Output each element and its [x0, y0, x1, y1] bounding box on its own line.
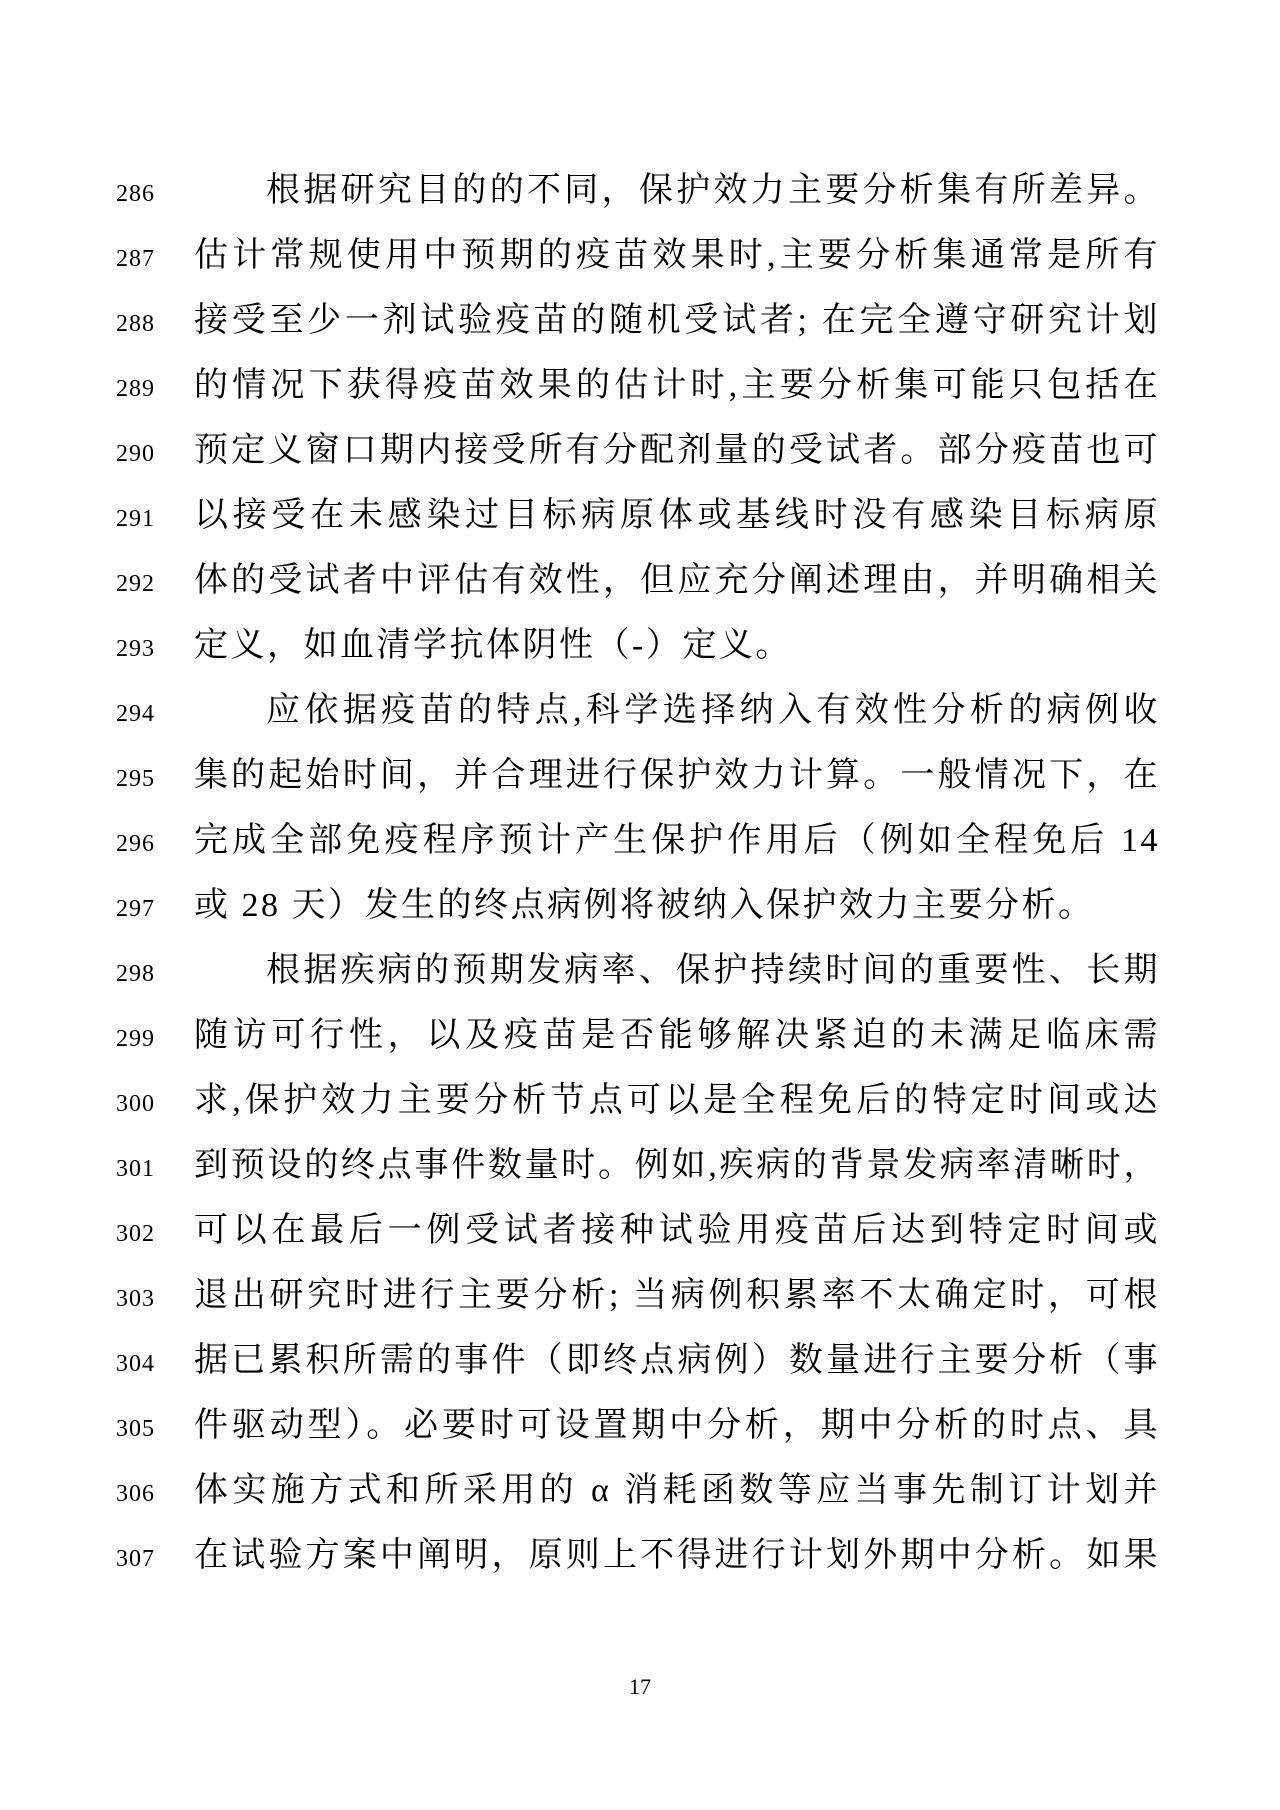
line-number: 294 [0, 682, 194, 747]
text-line: 287 估计常规使用中预期的疫苗效果时,主要分析集通常是所有 [0, 223, 1160, 288]
line-number: 298 [0, 942, 194, 1007]
text-line: 302 可以在最后一例受试者接种试验用疫苗后达到特定时间或 [0, 1198, 1160, 1263]
line-number: 293 [0, 617, 194, 682]
text-line: 293 定义，如血清学抗体阴性（-）定义。 [0, 613, 1160, 678]
line-number: 304 [0, 1332, 194, 1397]
line-text: 件驱动型）。必要时可设置期中分析，期中分析的时点、具 [194, 1393, 1160, 1458]
text-line: 303 退出研究时进行主要分析; 当病例积累率不太确定时，可根 [0, 1263, 1160, 1328]
line-text: 或 28 天）发生的终点病例将被纳入保护效力主要分析。 [194, 873, 1160, 938]
line-text: 随访可行性，以及疫苗是否能够解决紧迫的未满足临床需 [194, 1003, 1160, 1068]
line-text: 集的起始时间，并合理进行保护效力计算。一般情况下，在 [194, 743, 1160, 808]
line-number: 303 [0, 1267, 194, 1332]
text-line: 289 的情况下获得疫苗效果的估计时,主要分析集可能只包括在 [0, 353, 1160, 418]
text-line: 290 预定义窗口期内接受所有分配剂量的受试者。部分疫苗也可 [0, 418, 1160, 483]
line-number: 299 [0, 1007, 194, 1072]
body-text: 286 根据研究目的的不同，保护效力主要分析集有所差异。 287 估计常规使用中… [0, 158, 1160, 1588]
line-number: 286 [0, 162, 194, 227]
line-text: 到预设的终点事件数量时。例如,疾病的背景发病率清晰时， [194, 1133, 1160, 1198]
text-line: 307 在试验方案中阐明，原则上不得进行计划外期中分析。如果 [0, 1523, 1160, 1588]
text-line: 301 到预设的终点事件数量时。例如,疾病的背景发病率清晰时， [0, 1133, 1160, 1198]
page-number: 17 [629, 1674, 651, 1699]
text-line: 304 据已累积所需的事件（即终点病例）数量进行主要分析（事 [0, 1328, 1160, 1393]
text-line: 300 求,保护效力主要分析节点可以是全程免后的特定时间或达 [0, 1068, 1160, 1133]
line-number: 302 [0, 1202, 194, 1267]
line-text: 预定义窗口期内接受所有分配剂量的受试者。部分疫苗也可 [194, 418, 1160, 483]
line-text: 求,保护效力主要分析节点可以是全程免后的特定时间或达 [194, 1068, 1160, 1133]
line-text: 接受至少一剂试验疫苗的随机受试者; 在完全遵守研究计划 [194, 288, 1160, 353]
line-number: 306 [0, 1462, 194, 1527]
line-number: 296 [0, 812, 194, 877]
line-text: 在试验方案中阐明，原则上不得进行计划外期中分析。如果 [194, 1523, 1160, 1588]
line-text: 根据疾病的预期发病率、保护持续时间的重要性、长期 [194, 938, 1160, 1003]
line-number: 295 [0, 747, 194, 812]
line-number: 301 [0, 1137, 194, 1202]
line-text: 定义，如血清学抗体阴性（-）定义。 [194, 613, 1160, 678]
document-page: 286 根据研究目的的不同，保护效力主要分析集有所差异。 287 估计常规使用中… [0, 0, 1280, 1810]
line-number: 291 [0, 487, 194, 552]
text-line: 292 体的受试者中评估有效性，但应充分阐述理由，并明确相关 [0, 548, 1160, 613]
line-number: 290 [0, 422, 194, 487]
text-line: 286 根据研究目的的不同，保护效力主要分析集有所差异。 [0, 158, 1160, 223]
line-text: 可以在最后一例受试者接种试验用疫苗后达到特定时间或 [194, 1198, 1160, 1263]
line-text: 应依据疫苗的特点,科学选择纳入有效性分析的病例收 [194, 678, 1160, 743]
line-text: 据已累积所需的事件（即终点病例）数量进行主要分析（事 [194, 1328, 1160, 1393]
page-footer: 17 [0, 1672, 1280, 1702]
line-number: 287 [0, 227, 194, 292]
line-number: 292 [0, 552, 194, 617]
text-line: 291 以接受在未感染过目标病原体或基线时没有感染目标病原 [0, 483, 1160, 548]
line-number: 297 [0, 877, 194, 942]
line-text: 体实施方式和所采用的 α 消耗函数等应当事先制订计划并 [194, 1458, 1160, 1523]
text-line: 299 随访可行性，以及疫苗是否能够解决紧迫的未满足临床需 [0, 1003, 1160, 1068]
line-text: 完成全部免疫程序预计产生保护作用后（例如全程免后 14 [194, 808, 1160, 873]
text-line: 295 集的起始时间，并合理进行保护效力计算。一般情况下，在 [0, 743, 1160, 808]
text-line: 298 根据疾病的预期发病率、保护持续时间的重要性、长期 [0, 938, 1160, 1003]
line-text: 退出研究时进行主要分析; 当病例积累率不太确定时，可根 [194, 1263, 1160, 1328]
line-text: 根据研究目的的不同，保护效力主要分析集有所差异。 [194, 158, 1160, 223]
line-number: 307 [0, 1527, 194, 1592]
line-text: 体的受试者中评估有效性，但应充分阐述理由，并明确相关 [194, 548, 1160, 613]
line-text: 的情况下获得疫苗效果的估计时,主要分析集可能只包括在 [194, 353, 1160, 418]
text-line: 288 接受至少一剂试验疫苗的随机受试者; 在完全遵守研究计划 [0, 288, 1160, 353]
line-text: 估计常规使用中预期的疫苗效果时,主要分析集通常是所有 [194, 223, 1160, 288]
line-text: 以接受在未感染过目标病原体或基线时没有感染目标病原 [194, 483, 1160, 548]
text-line: 306 体实施方式和所采用的 α 消耗函数等应当事先制订计划并 [0, 1458, 1160, 1523]
line-number: 289 [0, 357, 194, 422]
text-line: 294 应依据疫苗的特点,科学选择纳入有效性分析的病例收 [0, 678, 1160, 743]
text-line: 296 完成全部免疫程序预计产生保护作用后（例如全程免后 14 [0, 808, 1160, 873]
line-number: 300 [0, 1072, 194, 1137]
text-line: 305 件驱动型）。必要时可设置期中分析，期中分析的时点、具 [0, 1393, 1160, 1458]
line-number: 305 [0, 1397, 194, 1462]
line-number: 288 [0, 292, 194, 357]
text-line: 297 或 28 天）发生的终点病例将被纳入保护效力主要分析。 [0, 873, 1160, 938]
